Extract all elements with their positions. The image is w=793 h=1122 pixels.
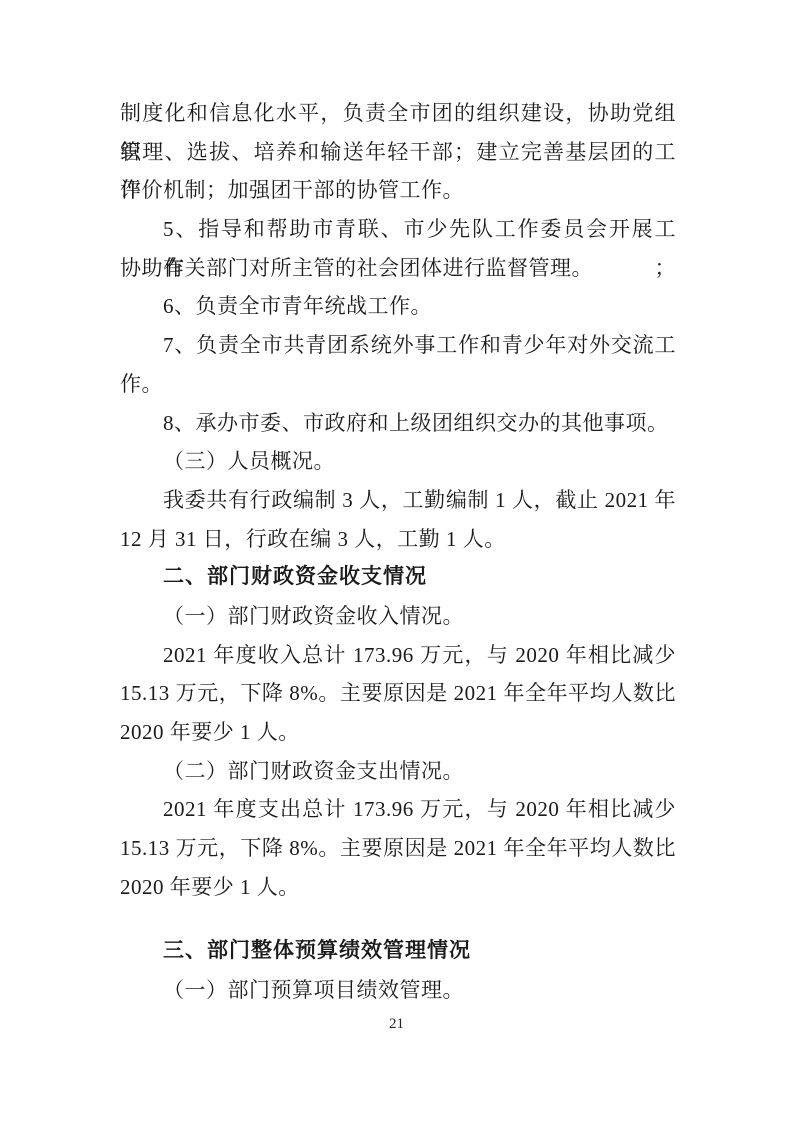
document-page: 制度化和信息化水平，负责全市团的组织建设，协助党组织 管理、选拔、培养和输送年轻…	[0, 0, 793, 1122]
subsection-heading-expenditure: （二）部门财政资金支出情况。	[120, 752, 676, 791]
subsection-heading-project-performance: （一）部门预算项目绩效管理。	[120, 971, 676, 1010]
para-line: 12 月 31 日，行政在编 3 人，工勤 1 人。	[120, 520, 676, 559]
para-line: 2021 年度支出总计 173.96 万元，与 2020 年相比减少	[120, 790, 676, 829]
list-item-5: 5、指导和帮助市青联、市少先队工作委员会开展工作；	[120, 210, 676, 249]
para-line: 作。	[120, 365, 676, 404]
subsection-heading-income: （一）部门财政资金收入情况。	[120, 597, 676, 636]
section-heading-finance: 二、部门财政资金收支情况	[120, 558, 676, 597]
document-body: 制度化和信息化水平，负责全市团的组织建设，协助党组织 管理、选拔、培养和输送年轻…	[120, 94, 676, 1010]
section-heading-performance: 三、部门整体预算绩效管理情况	[120, 932, 676, 971]
list-item-8: 8、承办市委、市政府和上级团组织交办的其他事项。	[120, 404, 676, 443]
page-number: 21	[0, 1012, 793, 1036]
list-item-7: 7、负责全市共青团系统外事工作和青少年对外交流工	[120, 326, 676, 365]
para-line: 制度化和信息化水平，负责全市团的组织建设，协助党组织	[120, 94, 676, 133]
para-line: 评价机制；加强团干部的协管工作。	[120, 171, 676, 210]
list-item-6: 6、负责全市青年统战工作。	[120, 287, 676, 326]
para-line: 2020 年要少 1 人。	[120, 868, 676, 907]
para-line: 管理、选拔、培养和输送年轻干部；建立完善基层团的工作	[120, 133, 676, 172]
para-line: 2021 年度收入总计 173.96 万元，与 2020 年相比减少	[120, 636, 676, 675]
para-line: 我委共有行政编制 3 人，工勤编制 1 人，截止 2021 年	[120, 481, 676, 520]
para-line: 协助有关部门对所主管的社会团体进行监督管理。	[120, 249, 676, 288]
subsection-heading-personnel: （三）人员概况。	[120, 442, 676, 481]
para-line: 15.13 万元，下降 8%。主要原因是 2021 年全年平均人数比	[120, 674, 676, 713]
para-line: 2020 年要少 1 人。	[120, 713, 676, 752]
para-line: 15.13 万元，下降 8%。主要原因是 2021 年全年平均人数比	[120, 829, 676, 868]
